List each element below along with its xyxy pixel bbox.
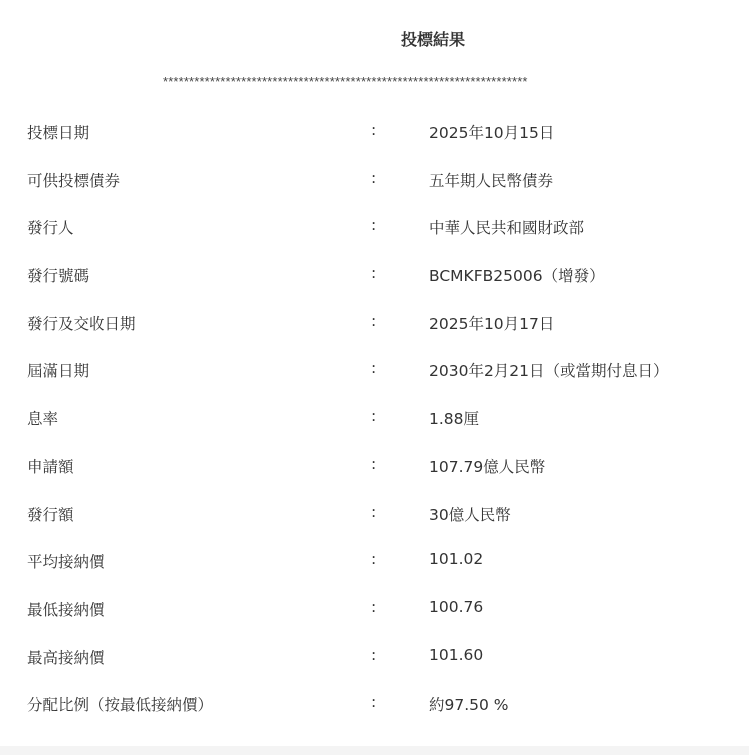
row-label: 可供投標債券: [27, 169, 120, 191]
row-label: 發行人: [27, 216, 74, 238]
row-value: 1.88厘: [429, 407, 479, 429]
row-label: 平均接納價: [27, 550, 105, 572]
row-colon: :: [371, 693, 376, 711]
row-issuer: 發行人 : 中華人民共和國財政部: [0, 203, 749, 251]
page-title: 投標結果: [0, 27, 749, 50]
row-value: 107.79億人民幣: [429, 455, 545, 477]
separator-line: ****************************************…: [163, 74, 708, 89]
row-label: 最高接納價: [27, 646, 105, 668]
row-colon: :: [371, 312, 376, 330]
row-bonds-available: 可供投標債券 : 五年期人民幣債券: [0, 156, 749, 204]
row-colon: :: [371, 216, 376, 234]
row-colon: :: [371, 646, 376, 664]
row-highest-accepted-price: 最高接納價 : 101.60: [0, 633, 749, 681]
row-tender-date: 投標日期 : 2025年10月15日: [0, 108, 749, 156]
row-issue-number: 發行號碼 : BCMKFB25006（增發）: [0, 251, 749, 299]
row-amount-applied: 申請額 : 107.79億人民幣: [0, 442, 749, 490]
row-colon: :: [371, 359, 376, 377]
row-lowest-accepted-price: 最低接納價 : 100.76: [0, 585, 749, 633]
row-amount-issued: 發行額 : 30億人民幣: [0, 490, 749, 538]
row-value: BCMKFB25006（增發）: [429, 264, 605, 286]
row-average-accepted-price: 平均接納價 : 101.02: [0, 537, 749, 585]
row-value: 2025年10月15日: [429, 121, 554, 143]
row-colon: :: [371, 407, 376, 425]
row-value: 中華人民共和國財政部: [429, 216, 584, 238]
row-colon: :: [371, 598, 376, 616]
row-value: 100.76: [429, 598, 483, 616]
row-issue-settlement-date: 發行及交收日期 : 2025年10月17日: [0, 299, 749, 347]
row-value: 101.02: [429, 550, 483, 568]
row-colon: :: [371, 169, 376, 187]
row-label: 最低接納價: [27, 598, 105, 620]
row-value: 101.60: [429, 646, 483, 664]
row-label: 分配比例（按最低接納價）: [27, 693, 213, 715]
row-label: 申請額: [27, 455, 74, 477]
row-colon: :: [371, 455, 376, 473]
row-label: 發行號碼: [27, 264, 89, 286]
row-value: 2030年2月21日（或當期付息日）: [429, 359, 669, 381]
row-label: 發行及交收日期: [27, 312, 136, 334]
row-value: 約97.50 %: [429, 693, 509, 715]
row-colon: :: [371, 264, 376, 282]
row-label: 屆滿日期: [27, 359, 89, 381]
row-value: 30億人民幣: [429, 503, 511, 525]
tender-results-table: 投標日期 : 2025年10月15日 可供投標債券 : 五年期人民幣債券 發行人…: [0, 108, 749, 728]
row-maturity-date: 屆滿日期 : 2030年2月21日（或當期付息日）: [0, 346, 749, 394]
row-coupon-rate: 息率 : 1.88厘: [0, 394, 749, 442]
row-colon: :: [371, 121, 376, 139]
row-colon: :: [371, 503, 376, 521]
row-colon: :: [371, 550, 376, 568]
row-allocation-ratio: 分配比例（按最低接納價） : 約97.50 %: [0, 680, 749, 728]
row-value: 2025年10月17日: [429, 312, 554, 334]
row-label: 投標日期: [27, 121, 89, 143]
row-label: 發行額: [27, 503, 74, 525]
footer-band: [0, 746, 749, 755]
row-value: 五年期人民幣債券: [429, 169, 553, 191]
row-label: 息率: [27, 407, 58, 429]
